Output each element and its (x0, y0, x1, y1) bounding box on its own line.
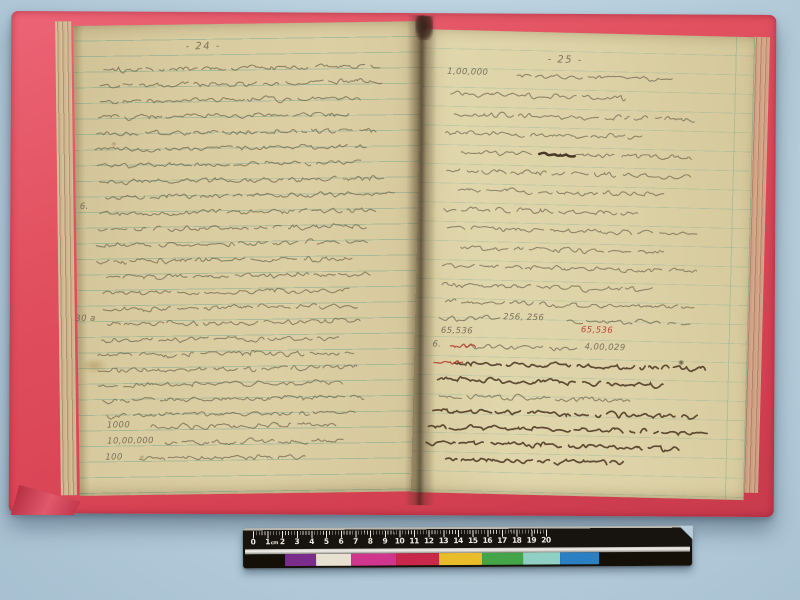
handwritten-line (99, 111, 353, 121)
handwritten-line (433, 407, 697, 420)
handwritten-line (442, 263, 696, 275)
ruler-number: 8 (368, 537, 373, 546)
handwritten-line (428, 423, 707, 436)
handwritten-annotation: 256, 256 (503, 312, 544, 323)
handwritten-line (99, 175, 388, 185)
manuscript-photograph: - 24 - 6.30 a100010,00,000100 - 25 - 6.1… (0, 0, 800, 600)
handwritten-line (165, 437, 343, 447)
ruler-number: 15 (468, 536, 477, 545)
handwritten-line (97, 160, 366, 169)
handwritten-line (139, 454, 305, 461)
handwritten-line (446, 129, 648, 140)
handwritten-line (454, 360, 705, 372)
handwritten-line (539, 153, 575, 157)
handwritten-line (98, 365, 357, 374)
handwritten-annotation: 100 (105, 452, 123, 462)
handwritten-line (458, 187, 667, 198)
ruler-number: 11 (409, 536, 418, 545)
calibration-patch (439, 553, 482, 565)
handwritten-line (103, 287, 357, 296)
handwritten-line (100, 95, 360, 106)
ruler-unit-label: cm (271, 540, 279, 546)
color-calibration-patches (285, 552, 599, 566)
ruler-number: 12 (424, 536, 433, 545)
manuscript-page-left: - 24 - 6.30 a100010,00,000100 (73, 21, 428, 496)
handwritten-line (451, 91, 633, 101)
handwritten-line (98, 379, 348, 388)
handwritten-line (97, 256, 352, 265)
handwritten-line (517, 74, 672, 82)
handwriting-strokes (411, 29, 755, 500)
handwritten-line (106, 191, 395, 200)
calibration-patch (396, 553, 439, 565)
handwritten-line (450, 344, 479, 348)
handwritten-line (100, 78, 385, 88)
calibration-patch (316, 554, 351, 566)
ruler-number: 2 (280, 537, 285, 546)
handwritten-annotation: 30 a (75, 314, 95, 324)
handwritten-line (447, 168, 698, 180)
handwritten-line (98, 223, 366, 232)
handwritten-line (442, 282, 658, 294)
ruler-number: 6 (338, 537, 343, 546)
handwritten-line (107, 318, 364, 328)
handwritten-annotation: 6. (80, 202, 89, 212)
handwritten-annotation: 65,536 (441, 326, 473, 337)
ruler-number: 10 (395, 536, 404, 545)
ruler-number: 13 (439, 536, 448, 545)
handwritten-line (96, 238, 367, 248)
handwritten-annotation: 4,00,029 (584, 342, 625, 353)
ruler-number: 0 (251, 537, 256, 546)
calibration-patch (523, 552, 560, 564)
calibration-patch (560, 552, 599, 564)
photographic-scale-ruler: 01234567891011121314151617181920cm (243, 526, 692, 569)
ruler-number: 7 (353, 537, 358, 546)
handwritten-line (439, 392, 633, 403)
notebook-pink-cover: - 24 - 6.30 a100010,00,000100 - 25 - 6.1… (9, 11, 777, 517)
handwritten-line (151, 421, 341, 430)
handwritten-line (444, 206, 638, 216)
ruler-end-cut (679, 526, 693, 540)
handwritten-line (107, 410, 355, 419)
handwritten-line (439, 314, 504, 322)
handwritten-line (447, 225, 697, 236)
handwritten-line (97, 127, 382, 136)
handwritten-line (107, 271, 370, 280)
ruler-number: 3 (295, 537, 300, 546)
handwritten-line (466, 344, 576, 352)
ruler-number: 9 (382, 536, 387, 545)
handwritten-line (103, 303, 357, 313)
handwritten-annotation: 10,00,000 (107, 436, 154, 447)
red-ink-annotation: 65,536 (581, 325, 613, 336)
ruler-number: 19 (527, 536, 536, 545)
handwritten-line (446, 456, 630, 466)
handwritten-line (102, 335, 339, 344)
calibration-patch (482, 553, 523, 565)
handwritten-line (104, 63, 380, 73)
handwritten-line (575, 152, 691, 160)
ruler-number: 20 (541, 535, 550, 544)
manuscript-page-right: - 25 - 6.1,00,000256, 25665,53665,5364,0… (411, 29, 755, 500)
handwritten-line (95, 144, 366, 153)
handwritten-line (461, 245, 664, 256)
calibration-patch (351, 553, 396, 565)
handwritten-line (100, 207, 380, 216)
handwritten-annotation: 1,00,000 (447, 67, 488, 78)
handwritten-line (98, 349, 354, 359)
handwritten-annotation: 6. (432, 339, 441, 349)
ruler-number: 17 (497, 536, 506, 545)
spine-notch (415, 16, 433, 40)
handwritten-line (461, 150, 531, 157)
ruler-number: 14 (453, 536, 462, 545)
handwritten-line (454, 111, 701, 123)
handwritten-line (426, 439, 679, 452)
ruler-number: 4 (309, 537, 314, 546)
handwritten-line (446, 299, 694, 311)
handwritten-line (438, 376, 663, 388)
ruler-number: 5 (324, 537, 329, 546)
handwritten-annotation: 1000 (107, 420, 130, 430)
ruler-number: 1 (265, 537, 270, 546)
ruler-number: 18 (512, 536, 521, 545)
ruler-number: 16 (483, 536, 492, 545)
calibration-patch (285, 554, 316, 566)
handwritten-line (103, 394, 372, 404)
